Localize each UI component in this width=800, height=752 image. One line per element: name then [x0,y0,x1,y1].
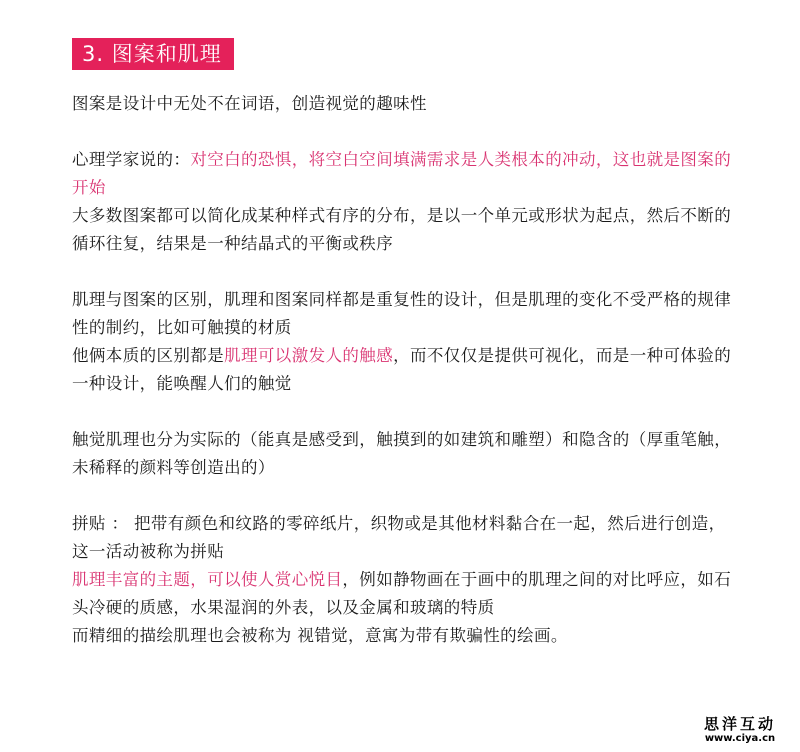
psychologist-lead: 心理学家说的： [72,150,190,169]
rich-texture-highlight: 肌理丰富的主题，可以使人赏心悦目 [72,570,342,589]
watermark-logo: 思洋互动 www.ciya.cn [704,717,776,744]
texture-vs-pattern-paragraph: 肌理与图案的区别，肌理和图案同样都是重复性的设计，但是肌理的变化不受严格的规律性… [72,286,732,342]
paragraph-gap [72,258,732,286]
collage-paragraph: 拼贴 ： 把带有颜色和纹路的零碎纸片，织物或是其他材料黏合在一起，然后进行创造，… [72,510,732,566]
paragraph-gap [72,118,732,146]
essential-difference-highlight: 肌理可以激发人的触感 [224,346,393,365]
tactile-texture-paragraph: 触觉肌理也分为实际的（能真是感受到，触摸到的如建筑和雕塑）和隐含的（厚重笔触，未… [72,426,732,482]
pattern-distribution-paragraph: 大多数图案都可以简化成某种样式有序的分布，是以一个单元或形状为起点，然后不断的循… [72,202,732,258]
trompe-loeil-paragraph: 而精细的描绘肌理也会被称为 视错觉，意寓为带有欺骗性的绘画。 [72,622,732,650]
paragraph-gap [72,398,732,426]
psychologist-paragraph: 心理学家说的：对空白的恐惧，将空白空间填满需求是人类根本的冲动，这也就是图案的开… [72,146,732,202]
paragraph-gap [72,482,732,510]
article: 3. 图案和肌理 图案是设计中无处不在词语，创造视觉的趣味性 心理学家说的：对空… [72,38,732,650]
essential-difference-lead: 他俩本质的区别都是 [72,346,224,365]
watermark-name: 思洋互动 [704,717,776,732]
section-heading: 3. 图案和肌理 [72,38,234,70]
rich-texture-paragraph: 肌理丰富的主题，可以使人赏心悦目，例如静物画在于画中的肌理之间的对比呼应，如石头… [72,566,732,622]
watermark-url: www.ciya.cn [704,734,776,744]
intro-paragraph: 图案是设计中无处不在词语，创造视觉的趣味性 [72,90,732,118]
essential-difference-paragraph: 他俩本质的区别都是肌理可以激发人的触感，而不仅仅是提供可视化，而是一种可体验的一… [72,342,732,398]
